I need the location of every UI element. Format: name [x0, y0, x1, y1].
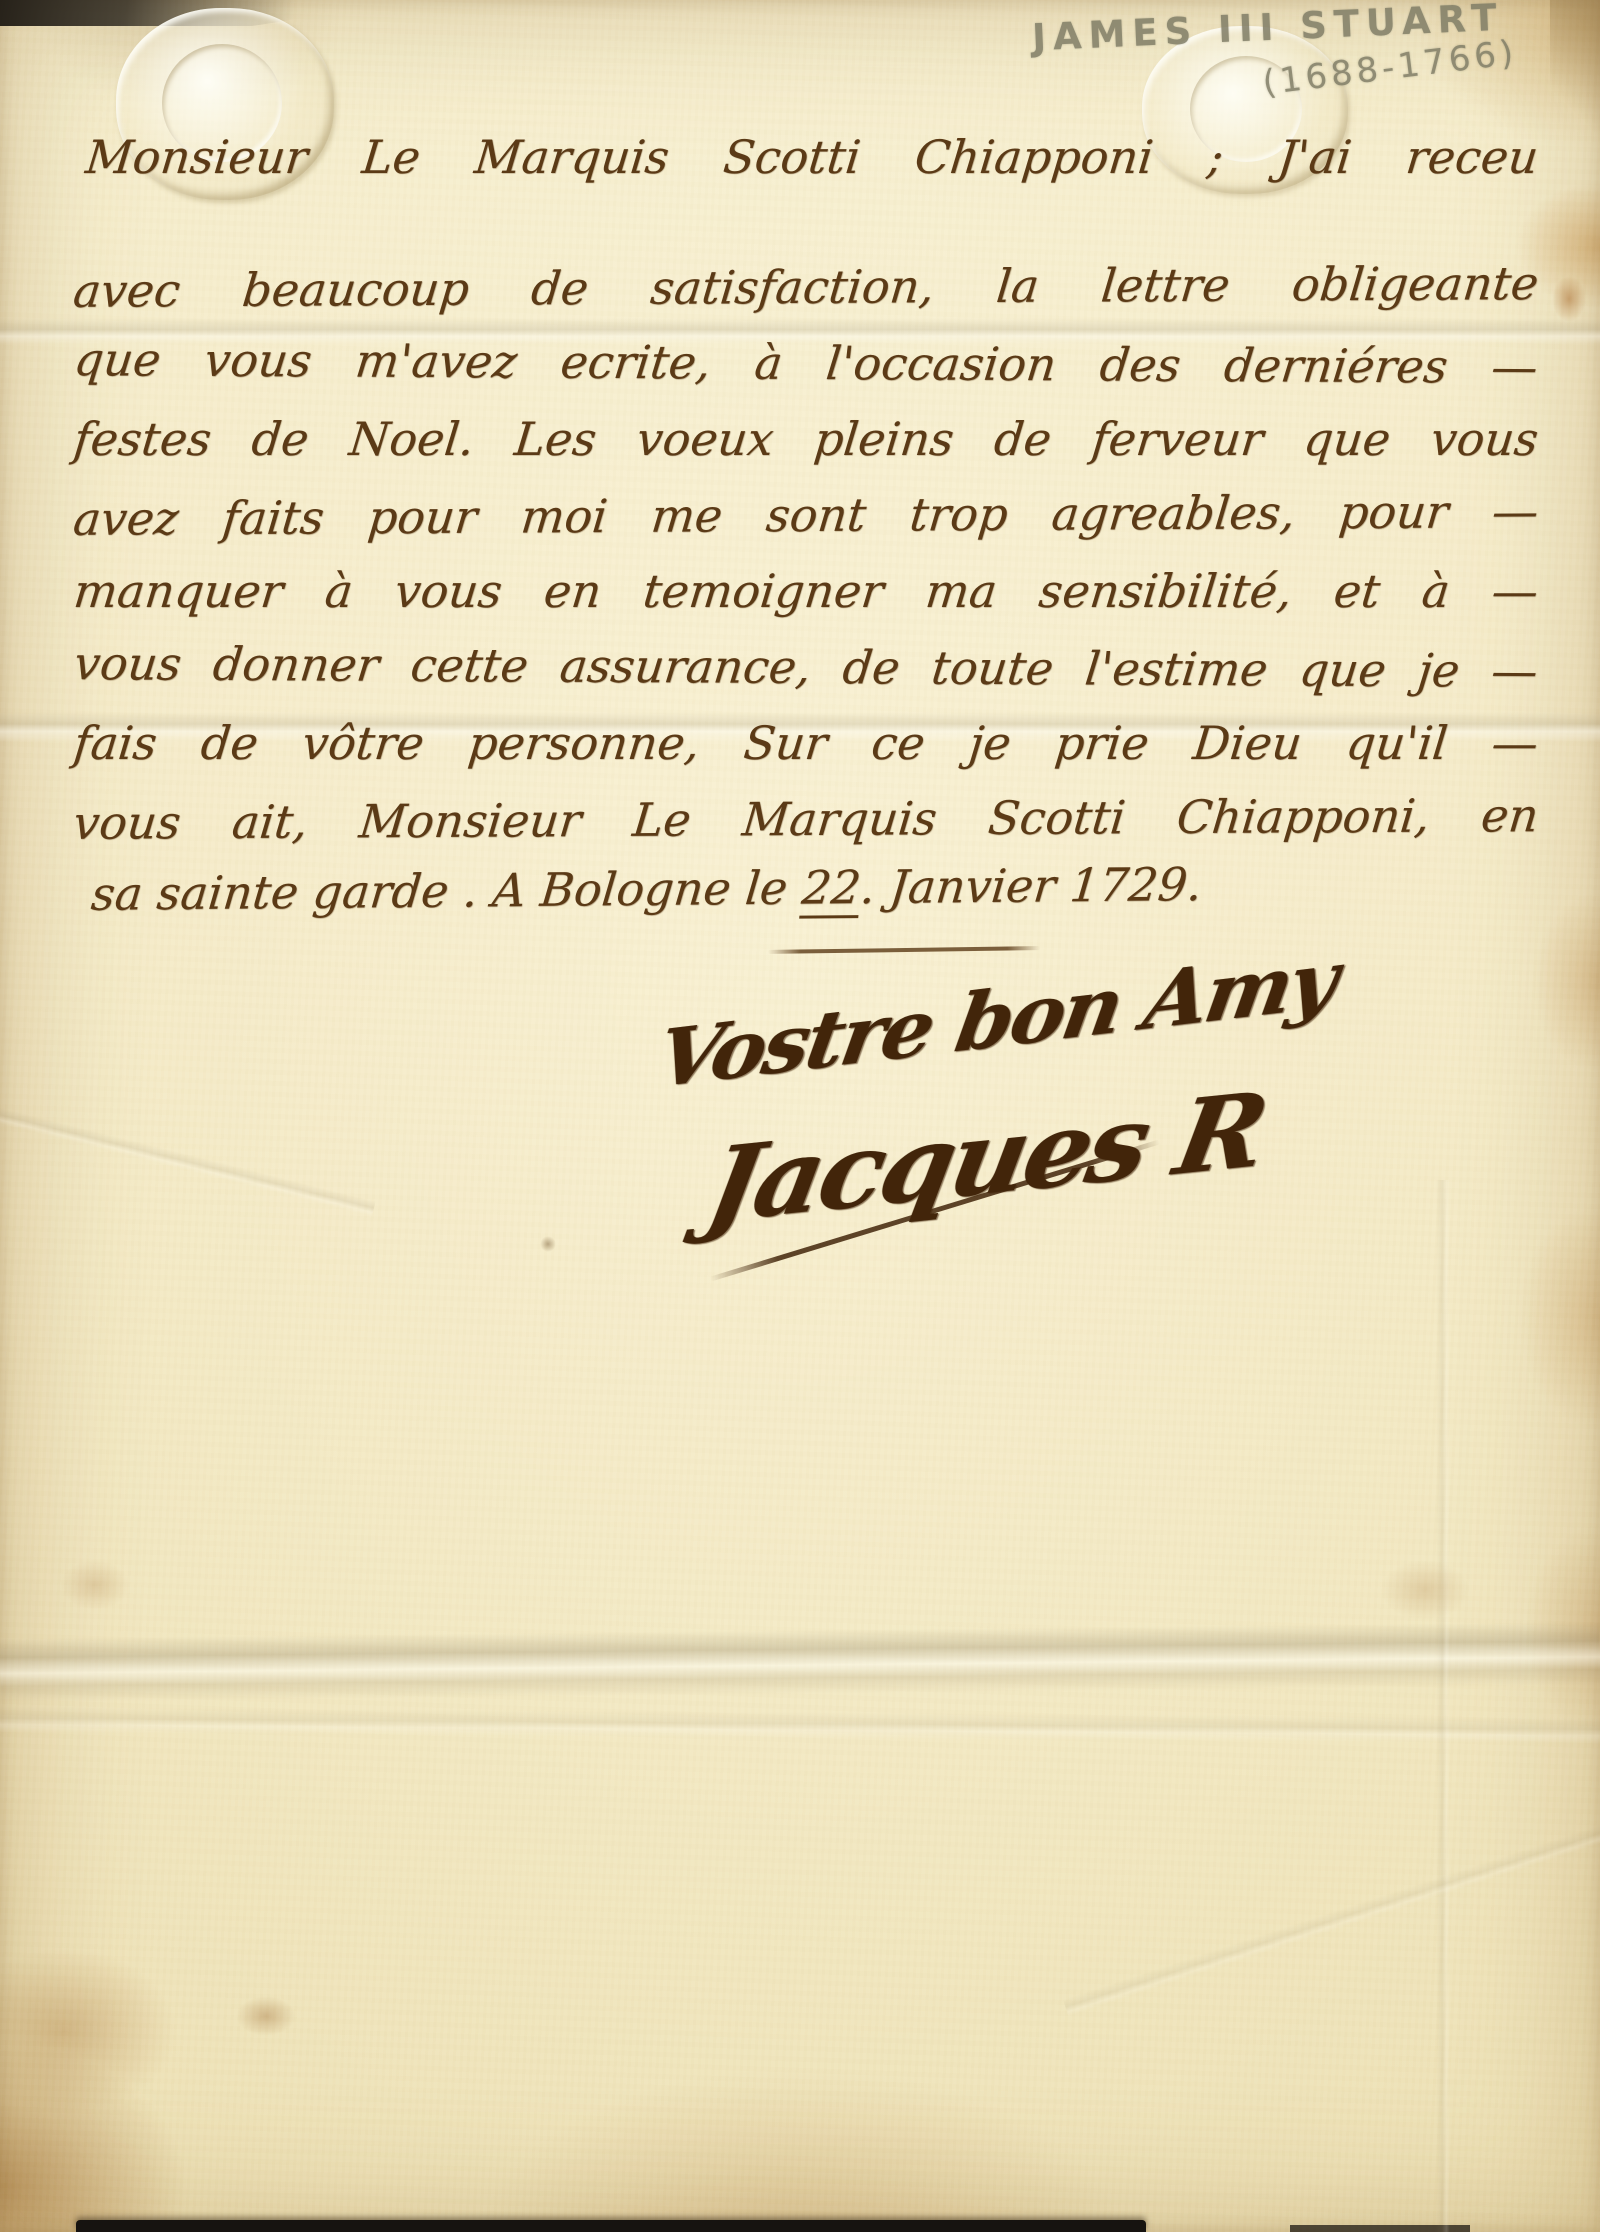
signature-name: Jacques R — [698, 1068, 1273, 1247]
letter-line: Monsieur Le Marquis Scotti Chiapponi ; J… — [82, 122, 1541, 192]
letter-line: vous donner cette assurance, de toute l'… — [71, 628, 1542, 706]
scan-edge-bottom-right — [1290, 2225, 1470, 2232]
foxing-stain — [236, 1996, 296, 2036]
fold-crease — [0, 1706, 1600, 1743]
fold-crease — [1436, 1180, 1450, 2232]
letter-line: fais de vôtre personne, Sur ce je prie D… — [70, 708, 1541, 778]
letter-line: vous ait, Monsieur Le Marquis Scotti Chi… — [70, 780, 1542, 858]
letter-line: que vous m'avez ecrite, à l'occasion des… — [71, 324, 1542, 402]
foxing-stain — [60, 1560, 130, 1610]
foxing-stain — [1380, 1560, 1470, 1620]
dateline-pre: sa sainte garde . A Bologne le — [89, 861, 805, 921]
letter-line: avec beaucoup de satisfaction, la lettre… — [70, 248, 1542, 326]
fold-crease — [0, 1099, 376, 1216]
scan-edge-bottom — [76, 2220, 1146, 2232]
foxing-stain — [1552, 276, 1586, 322]
foxing-stain — [540, 1236, 556, 1252]
dateline-post: . Janvier 1729. — [858, 857, 1204, 914]
letter-dateline: sa sainte garde . A Bologne le 22. Janvi… — [89, 857, 1205, 921]
corner-fold-shadow — [1550, 0, 1600, 150]
letter-line: festes de Noel. Les voeux pleins de ferv… — [70, 404, 1541, 474]
fold-crease — [0, 1622, 1600, 1703]
fold-crease — [1063, 1802, 1600, 2017]
dateline-underline-flourish — [768, 946, 1040, 954]
letter-line: avez faits pour moi me sont trop agreabl… — [70, 476, 1542, 554]
dateline-day-underlined: 22 — [799, 860, 863, 919]
letter-page: JAMES III STUART (1688-1766) Monsieur Le… — [0, 0, 1600, 2232]
letter-line: manquer à vous en temoigner ma sensibili… — [70, 556, 1541, 626]
